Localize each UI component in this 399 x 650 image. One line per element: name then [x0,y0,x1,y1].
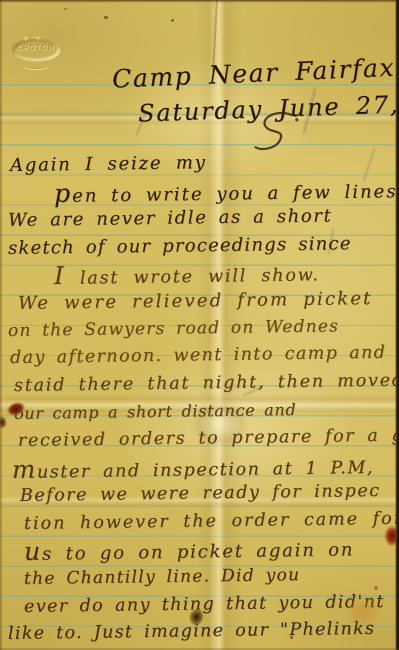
letter-line: like to. Just imagine our "Phelinks [8,616,399,649]
speck [290,636,293,639]
orange-stain [346,596,380,626]
letter-scan: CROTON Camp Near Fairfax C.H. Va Saturda… [0,0,399,650]
letter-body: Again I seize my pen to write you a few … [8,152,399,649]
stamp-text: CROTON [10,45,62,52]
speck [171,19,174,22]
speck [374,586,378,590]
stamp-scroll-ornament [24,63,48,69]
stamp-crown-ornament [30,34,34,38]
letter-dateline-place: Camp Near Fairfax C.H. Va [112,47,399,93]
embossed-stationer-stamp: CROTON [10,33,64,69]
speck [64,8,67,10]
scan-edge-left [0,0,2,650]
date-flourish [248,109,304,154]
scan-edge-right [395,0,399,650]
scan-edge-top [0,0,399,3]
speck [104,16,108,19]
